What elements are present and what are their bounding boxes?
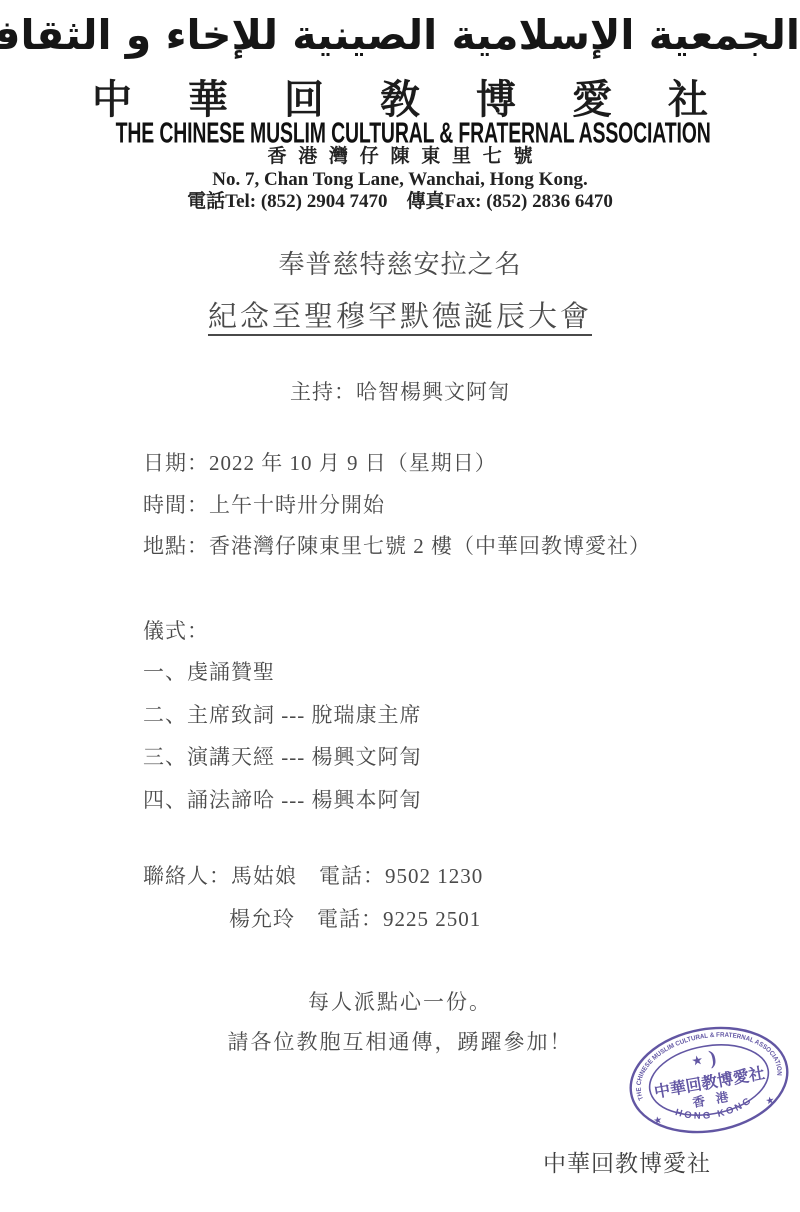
programme-item-2: 二、主席致詞 --- 脫瑞康主席	[143, 703, 421, 727]
bismillah-line: 奉普慈特慈安拉之名	[0, 250, 800, 280]
programme-item-4: 四、誦法諦哈 --- 楊興本阿訇	[143, 788, 421, 812]
stamp-crescent-icon: )	[707, 1047, 717, 1070]
english-address: No. 7, Chan Tong Lane, Wanchai, Hong Kon…	[0, 169, 800, 191]
time-line: 時間：上午十時卅分開始	[143, 493, 385, 517]
chinese-association-name: 中 華 回 敎 博 愛 社	[0, 77, 800, 123]
scanned-notice-page: الجمعية الإسلامية الصينية للإخاء و الثقا…	[0, 0, 800, 1212]
event-title: 紀念至聖穆罕默德誕辰大會	[0, 301, 800, 334]
programme-label: 儀式：	[143, 619, 209, 643]
chinese-address: 香 港 灣 仔 陳 東 里 七 號	[0, 146, 800, 168]
date-line: 日期：2022 年 10 月 9 日（星期日）	[143, 451, 497, 475]
english-association-name-text: THE CHINESE MUSLIM CULTURAL & FRATERNAL …	[116, 117, 711, 150]
english-association-name: THE CHINESE MUSLIM CULTURAL & FRATERNAL …	[0, 118, 800, 149]
refreshments-note: 每人派點心一份。	[0, 990, 800, 1014]
host-line: 主持：哈智楊興文阿訇	[0, 380, 800, 404]
contact-line-1: 聯絡人：馬姑娘 電話：9502 1230	[143, 864, 483, 888]
signature-line: 中華回教博愛社	[543, 1151, 711, 1177]
contact-line-2: 楊允玲 電話：9225 2501	[229, 907, 481, 931]
stamp-left-star-icon: ★	[652, 1115, 663, 1127]
stamp-right-star-icon: ★	[765, 1095, 776, 1107]
venue-line: 地點：香港灣仔陳東里七號 2 樓（中華回教博愛社）	[143, 534, 651, 558]
stamp-star-icon: ★	[690, 1052, 704, 1069]
programme-item-3: 三、演講天經 --- 楊興文阿訇	[143, 745, 421, 769]
arabic-association-title: الجمعية الإسلامية الصينية للإخاء و الثقا…	[0, 12, 800, 59]
programme-item-1: 一、虔誦贊聖	[143, 660, 275, 684]
tel-fax-line: 電話Tel: (852) 2904 7470 傳真Fax: (852) 2836…	[0, 191, 800, 213]
